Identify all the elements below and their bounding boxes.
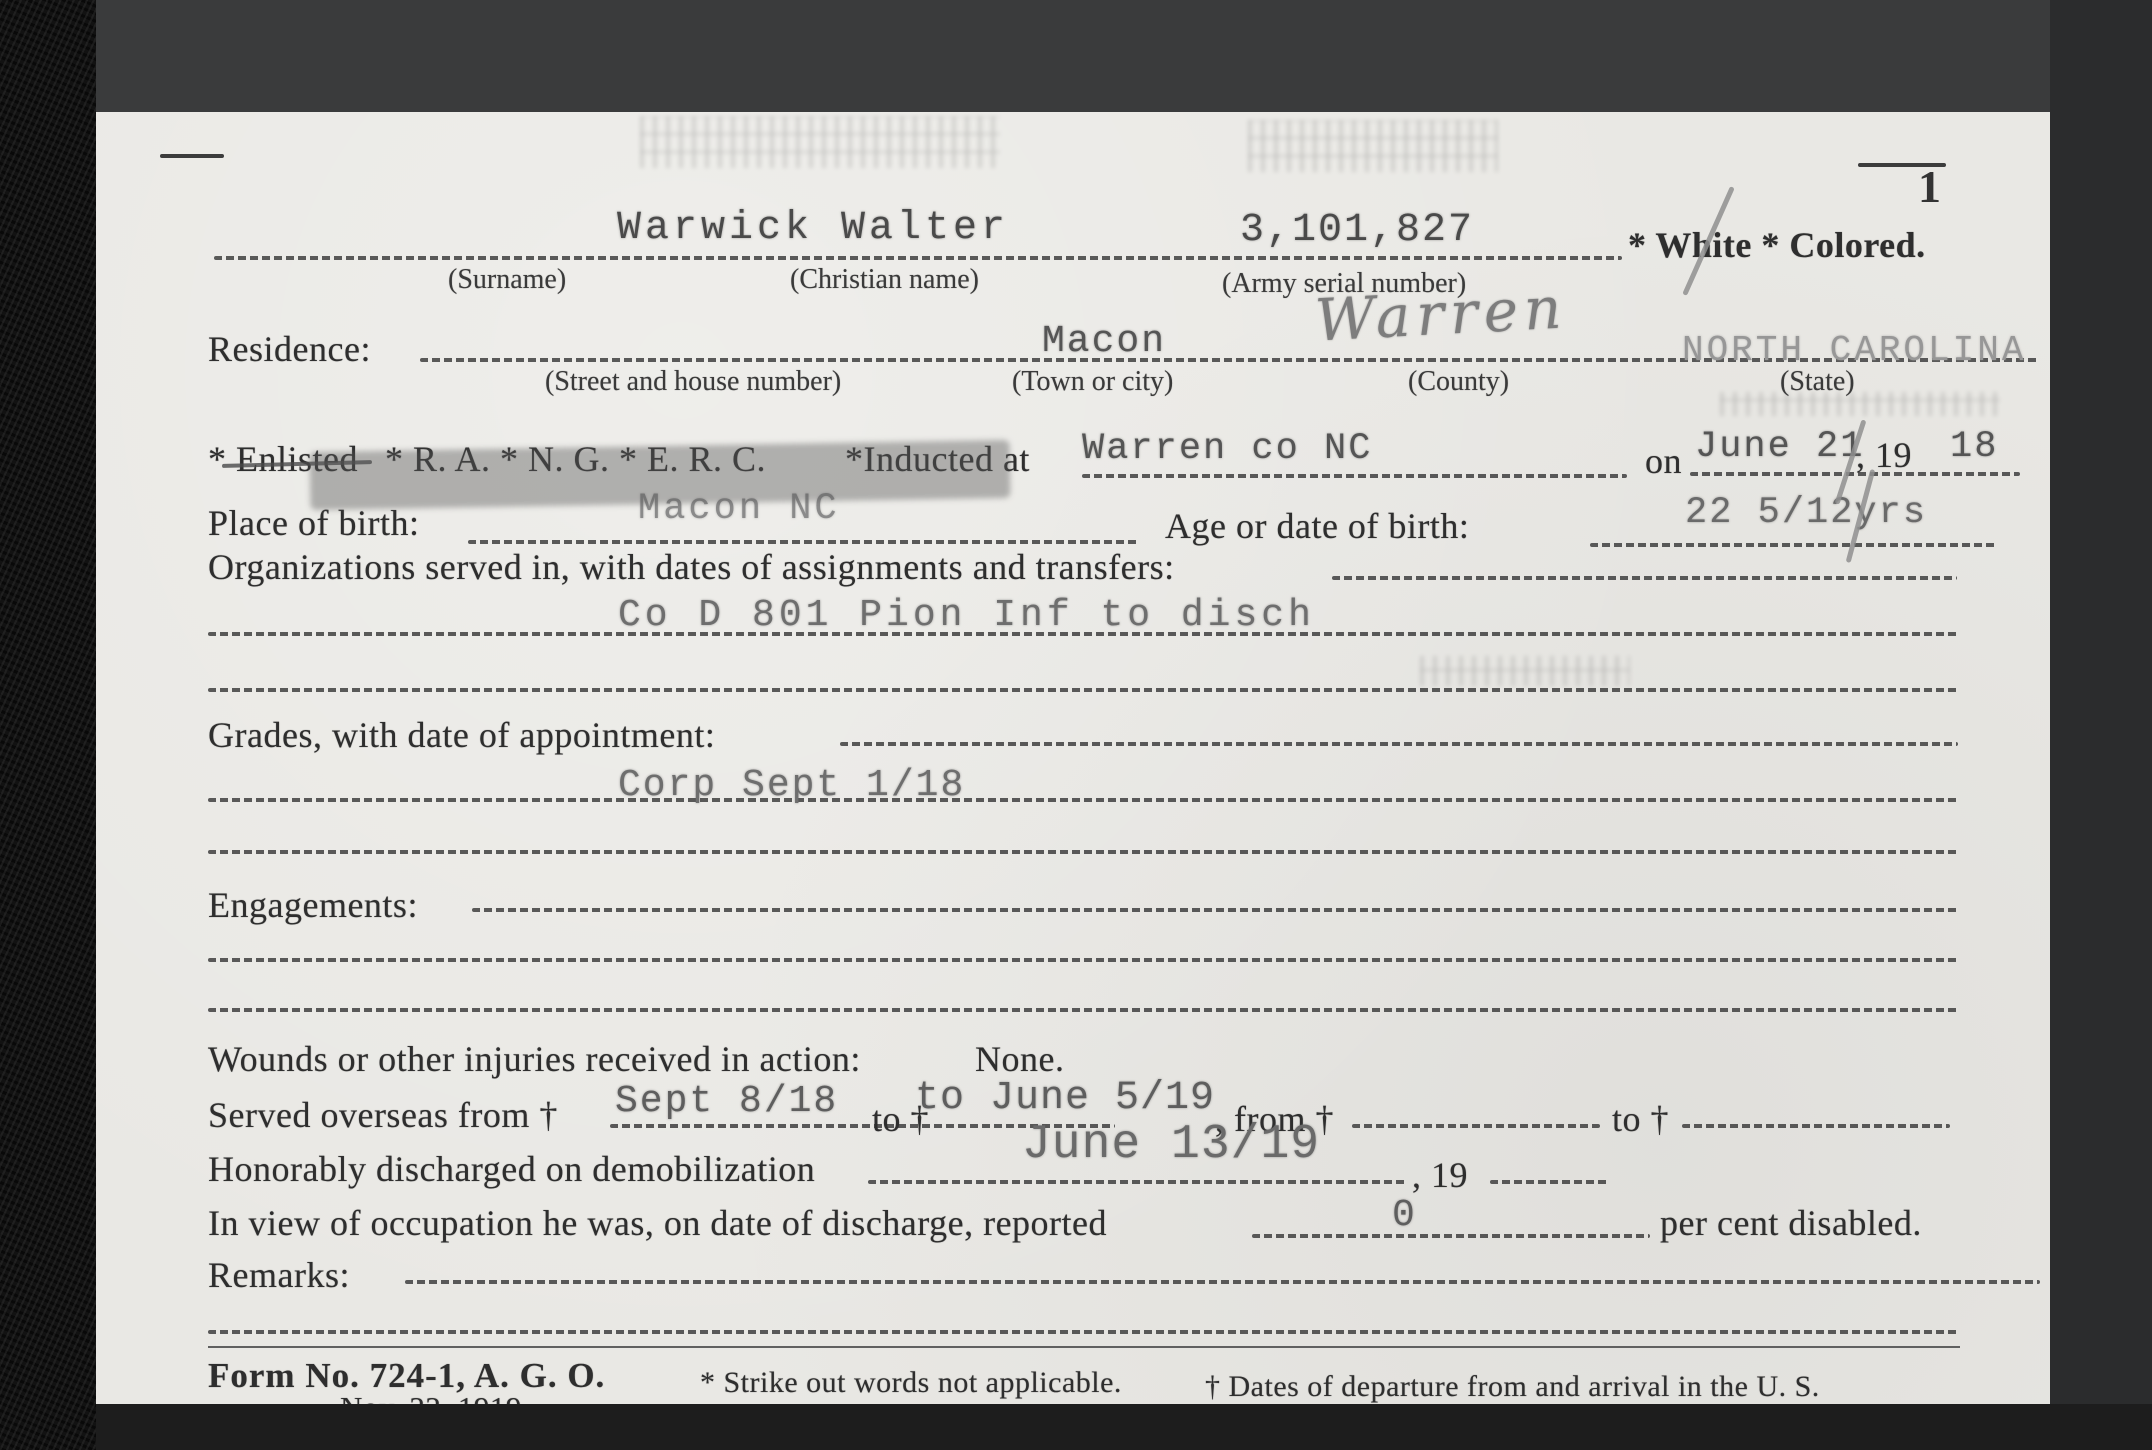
discharge-date-value: June 13/19 xyxy=(1022,1118,1320,1172)
footnote-strike-out: * Strike out words not applicable. xyxy=(700,1366,1122,1400)
street-label: (Street and house number) xyxy=(545,366,841,398)
state-label: (State) xyxy=(1780,366,1855,398)
residence-label: Residence: xyxy=(208,328,371,370)
scan-background-right xyxy=(2050,0,2152,1450)
engagements-line-2 xyxy=(208,958,1960,962)
wounds-label: Wounds or other injuries received in act… xyxy=(208,1038,861,1080)
overseas-line-3 xyxy=(1682,1124,1950,1128)
inducted-place-value: Warren co NC xyxy=(1082,428,1372,470)
pencil-smudge-strike xyxy=(310,440,1011,510)
remarks-line-1 xyxy=(405,1280,2040,1284)
grades-line-2 xyxy=(208,798,1960,802)
overseas-to2-printed: to † xyxy=(1612,1098,1669,1140)
overseas-from1-value: Sept 8/18 xyxy=(615,1080,838,1123)
grades-line-1 xyxy=(840,742,1958,746)
discharge-label: Honorably discharged on demobilization xyxy=(208,1148,815,1190)
name-line xyxy=(214,256,1622,260)
faint-typed-smudge xyxy=(1248,120,1498,172)
discharge-year-printed: , 19 xyxy=(1412,1154,1468,1196)
engagements-line-3 xyxy=(208,1008,1960,1012)
footnote-dagger: † Dates of departure from and arrival in… xyxy=(1205,1370,1820,1404)
induction-year-printed: , 19 xyxy=(1856,434,1912,476)
town-value: Macon xyxy=(1042,320,1166,363)
race-options: * White * Colored. xyxy=(1628,224,1926,266)
induction-date-value: June 21 xyxy=(1695,426,1864,468)
faint-pencil-smudge xyxy=(1720,392,2000,416)
footer-rule xyxy=(208,1346,1960,1348)
disability-line xyxy=(1252,1234,1650,1238)
grades-label: Grades, with date of appointment: xyxy=(208,714,715,756)
remarks-line-2 xyxy=(208,1330,1960,1334)
grades-line-3 xyxy=(208,850,1960,854)
remarks-label: Remarks: xyxy=(208,1254,350,1296)
organizations-line-1 xyxy=(1332,576,1957,580)
organizations-value: Co D 801 Pion Inf to disch xyxy=(618,594,1315,637)
christian-name-label: (Christian name) xyxy=(790,264,979,296)
age-line xyxy=(1590,543,1998,547)
overseas-label: Served overseas from † xyxy=(208,1094,558,1136)
faint-typed-smudge xyxy=(640,116,1000,168)
age-value: 22 5/12yrs xyxy=(1685,492,1927,534)
surname-value: Warwick Walter xyxy=(617,206,1009,251)
film-edge-strip xyxy=(0,0,96,1450)
discharge-year-line xyxy=(1490,1180,1608,1184)
organizations-line-3 xyxy=(208,688,1960,692)
serial-number-value: 3,101,827 xyxy=(1240,208,1474,253)
discharge-line xyxy=(868,1180,1408,1184)
scan-background-top xyxy=(96,0,2152,112)
scan-background-bottom xyxy=(96,1404,2152,1450)
scanned-service-record: 1 Warwick Walter 3,101,827 * White * Col… xyxy=(0,0,2152,1450)
induction-year-value: 18 xyxy=(1950,426,1998,468)
town-label: (Town or city) xyxy=(1012,366,1173,398)
wounds-value: None. xyxy=(975,1038,1064,1080)
disability-suffix: per cent disabled. xyxy=(1660,1202,1922,1244)
overseas-to1-value: to June 5/19 xyxy=(915,1076,1215,1121)
induction-date-line xyxy=(1690,472,2020,476)
disability-label: In view of occupation he was, on date of… xyxy=(208,1202,1107,1244)
corner-mark xyxy=(160,154,224,158)
surname-label: (Surname) xyxy=(448,264,566,296)
state-value: NORTH CAROLINA xyxy=(1682,330,2050,371)
faint-pencil-smudge xyxy=(1420,656,1630,686)
page-number: 1 xyxy=(1918,160,1941,213)
engagements-label: Engagements: xyxy=(208,884,418,926)
birth-place-line xyxy=(468,540,1138,544)
inducted-place-line xyxy=(1082,474,1627,478)
overseas-line-2 xyxy=(1352,1124,1600,1128)
grades-value: Corp Sept 1/18 xyxy=(618,764,965,807)
organizations-label: Organizations served in, with dates of a… xyxy=(208,546,1175,588)
county-value-handwritten: Warren xyxy=(1313,273,1569,354)
age-label: Age or date of birth: xyxy=(1165,505,1469,547)
engagements-line-1 xyxy=(472,908,1958,912)
county-label: (County) xyxy=(1408,366,1509,398)
disability-value: 0 xyxy=(1392,1194,1417,1237)
on-label: on xyxy=(1645,440,1682,482)
